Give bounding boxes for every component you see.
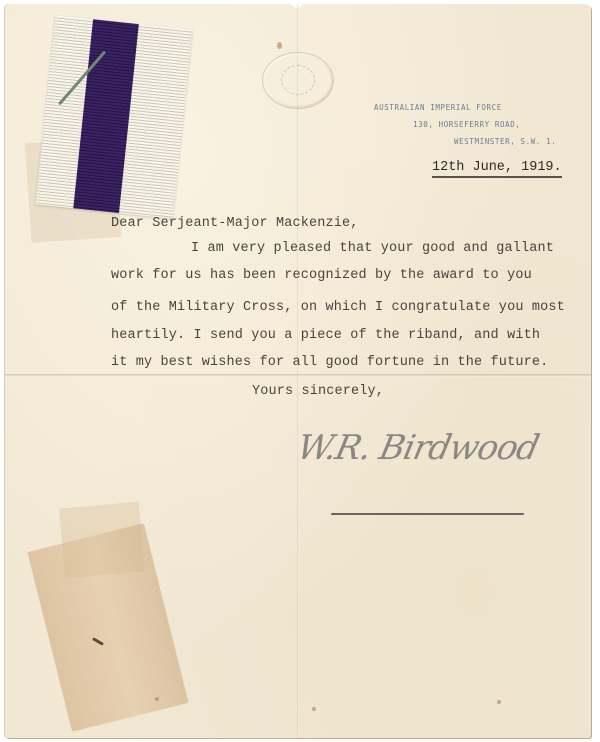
body-line: I am very pleased that your good and gal… — [191, 241, 554, 256]
ribbon-purple-stripe — [73, 19, 139, 213]
signature-underline — [331, 513, 524, 515]
letterhead-organization: AUSTRALIAN IMPERIAL FORCE — [374, 103, 502, 112]
foxing-spot — [497, 700, 501, 704]
letterhead-address-line-2: WESTMINSTER, S.W. 1. — [454, 137, 556, 146]
foxing-spot — [155, 697, 159, 701]
letterhead-address-line-1: 130, HORSEFERRY ROAD, — [413, 120, 520, 129]
seal-emblem — [281, 65, 315, 95]
body-line: it my best wishes for all good fortune i… — [111, 355, 548, 370]
military-cross-ribbon — [35, 15, 192, 218]
body-line: work for us has been recognized by the a… — [111, 268, 532, 283]
salutation: Dear Serjeant-Major Mackenzie, — [111, 216, 359, 231]
letter-date: 12th June, 1919. — [432, 160, 562, 178]
foxing-spot — [277, 42, 282, 49]
embossed-seal-icon — [262, 52, 334, 109]
vertical-fold-crease — [297, 4, 299, 738]
closing: Yours sincerely, — [252, 384, 384, 399]
foxing-spot — [312, 707, 316, 711]
handwritten-signature: W.R. Birdwood — [294, 428, 542, 468]
body-line: heartily. I send you a piece of the riba… — [111, 328, 540, 343]
horizontal-fold-crease — [5, 374, 591, 377]
body-line: of the Military Cross, on which I congra… — [111, 300, 565, 315]
